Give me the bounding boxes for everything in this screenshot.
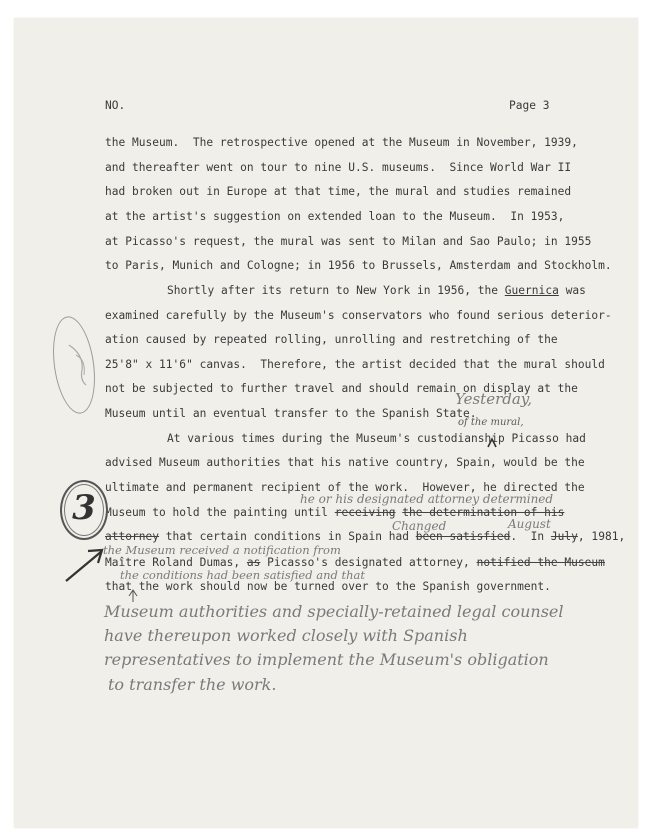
body-line: had broken out in Europe at that time, t… (105, 185, 571, 198)
handwritten-insert-yesterday: Yesterday, (455, 390, 532, 408)
body-line: ation caused by repeated rolling, unroll… (105, 333, 558, 346)
body-line: the Museum. The retrospective opened at … (105, 136, 578, 149)
body-line: 25'8" x 11'6" canvas. Therefore, the art… (105, 358, 605, 371)
handwritten-insert-conditions: the conditions had been satisfied and th… (120, 568, 365, 582)
page-number: Page 3 (509, 99, 550, 112)
insertion-caret-icon (127, 588, 139, 604)
handwritten-insert-museum-received: the Museum received a notification from (103, 543, 341, 557)
body-line: at the artist's suggestion on extended l… (105, 210, 564, 223)
margin-pencil-scribble-icon (64, 340, 94, 390)
struck-text: receiving (335, 506, 396, 519)
body-text: that certain conditions in Spain had (159, 530, 416, 543)
body-line-indented: Shortly after its return to New York in … (167, 284, 586, 297)
margin-arrow-icon (62, 545, 112, 585)
handwritten-closing-line: representatives to implement the Museum'… (104, 650, 549, 669)
struck-text: notified the Museum (477, 556, 605, 569)
body-line: Museum until an eventual transfer to the… (105, 407, 477, 420)
struck-text: attorney (105, 530, 159, 543)
artwork-title: Guernica (505, 284, 559, 297)
body-line: examined carefully by the Museum's conse… (105, 309, 612, 322)
body-text: Shortly after its return to New York in … (167, 284, 505, 297)
body-line-edited: Museum to hold the painting until receiv… (105, 506, 564, 519)
struck-text: July (551, 530, 578, 543)
body-text: At various times during the Museum's cus… (167, 432, 505, 445)
handwritten-closing-line: Museum authorities and specially-retaine… (104, 602, 563, 621)
body-line: and thereafter went on tour to nine U.S.… (105, 161, 571, 174)
body-line: at Picasso's request, the mural was sent… (105, 235, 591, 248)
body-line-indented: At various times during the Museum's cus… (167, 432, 586, 445)
insertion-caret-icon (486, 437, 498, 449)
handwritten-insert-designated-attorney: he or his designated attorney determined (300, 492, 553, 506)
margin-number: 3 (62, 488, 106, 528)
body-text: , 1981, (578, 530, 625, 543)
body-text: was (559, 284, 586, 297)
handwritten-closing-line: to transfer the work. (108, 675, 276, 694)
body-line: to Paris, Munich and Cologne; in 1956 to… (105, 259, 612, 272)
body-text: Picasso had (505, 432, 586, 445)
body-line: advised Museum authorities that his nati… (105, 456, 585, 469)
margin-circled-number: 3 (60, 480, 108, 540)
body-text: . In (510, 530, 551, 543)
body-text: Museum to hold the painting until (105, 506, 335, 519)
header-number-label: NO. (105, 99, 125, 112)
handwritten-insert-of-the-mural: of the mural, (458, 417, 524, 428)
handwritten-insert-changed: Changed (392, 519, 446, 533)
handwritten-closing-line: have thereupon worked closely with Spani… (104, 626, 468, 645)
body-line-edited: attorney that certain conditions in Spai… (105, 530, 625, 543)
handwritten-insert-august: August (508, 517, 551, 531)
